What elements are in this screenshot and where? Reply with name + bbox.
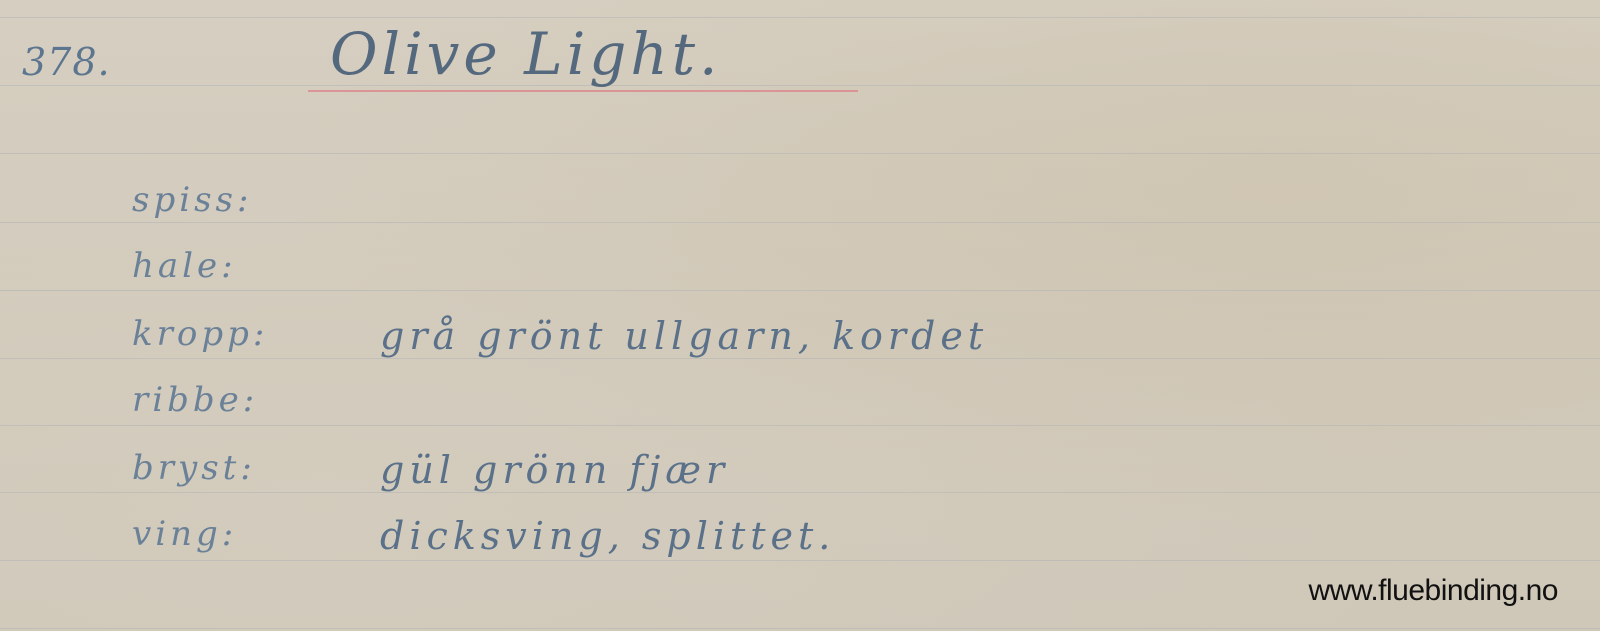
notebook-page: 378. Olive Light. spiss: hale: kropp: gr… bbox=[0, 0, 1600, 631]
field-label-spiss: spiss: bbox=[132, 180, 252, 220]
title-underline bbox=[308, 90, 858, 92]
ruled-line bbox=[0, 492, 1600, 493]
entry-number: 378. bbox=[22, 40, 111, 84]
ruled-line bbox=[0, 628, 1600, 629]
field-value-kropp: grå grönt ullgarn, kordet bbox=[380, 314, 988, 358]
ruled-line bbox=[0, 153, 1600, 154]
ruled-line bbox=[0, 17, 1600, 18]
field-label-hale: hale: bbox=[132, 246, 237, 286]
ruled-line bbox=[0, 358, 1600, 359]
ruled-line bbox=[0, 560, 1600, 561]
ruled-line bbox=[0, 222, 1600, 223]
field-value-bryst: gül grönn fjær bbox=[380, 448, 729, 492]
field-value-ving: dicksving, splittet. bbox=[380, 514, 835, 558]
field-label-ribbe: ribbe: bbox=[132, 380, 258, 420]
recipe-title: Olive Light. bbox=[330, 20, 721, 88]
website-watermark: www.fluebinding.no bbox=[1308, 574, 1558, 608]
field-label-kropp: kropp: bbox=[132, 314, 268, 354]
field-label-bryst: bryst: bbox=[132, 448, 256, 488]
field-label-ving: ving: bbox=[132, 514, 237, 554]
ruled-line bbox=[0, 85, 1600, 86]
ruled-line bbox=[0, 425, 1600, 426]
ruled-line bbox=[0, 290, 1600, 291]
